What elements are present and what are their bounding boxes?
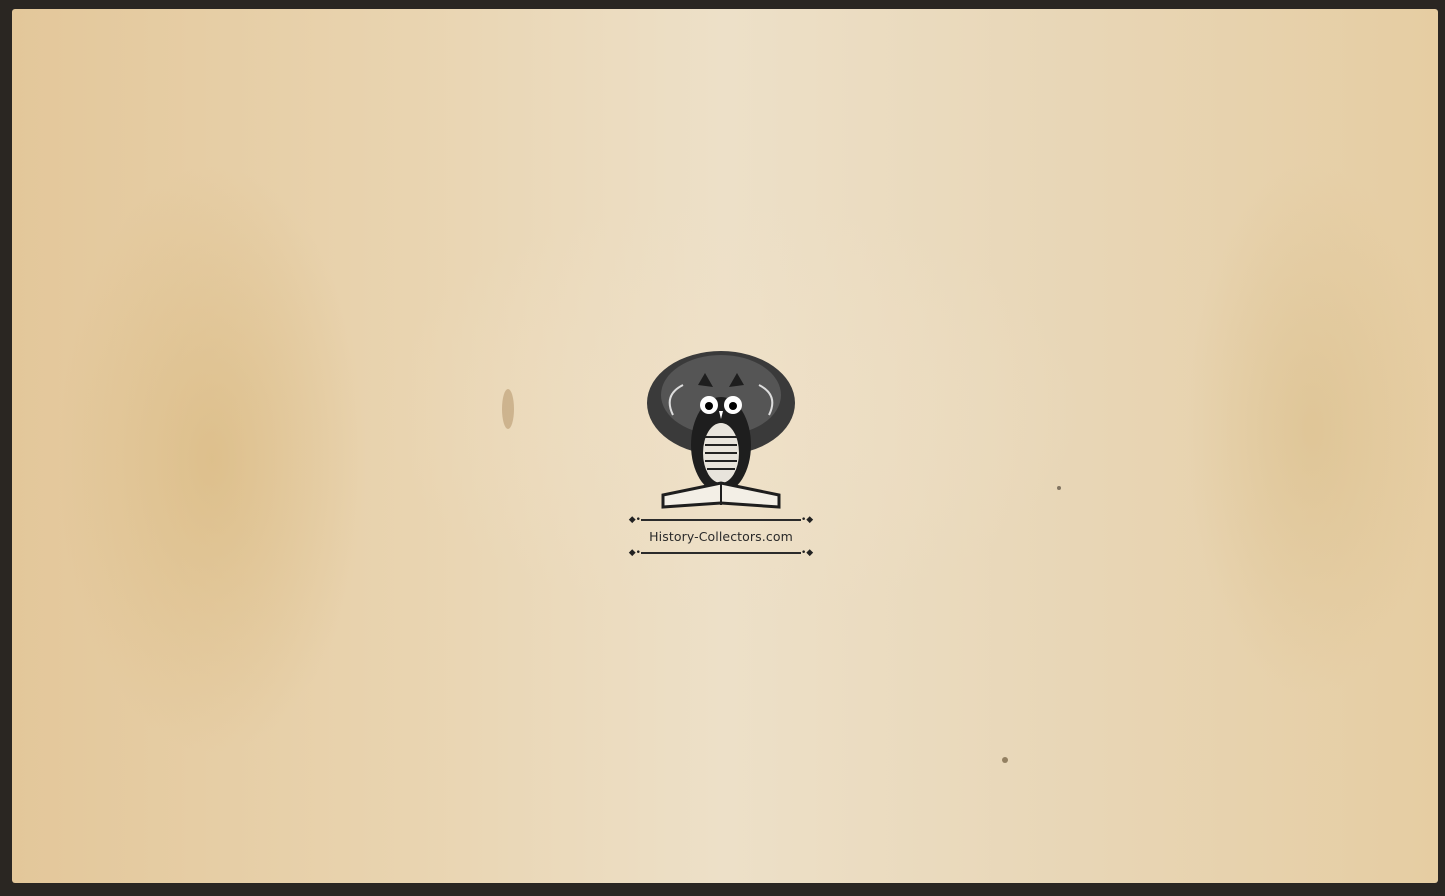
stain: [502, 389, 514, 429]
stain: [1057, 486, 1061, 490]
ornament-divider-top: ◆••◆: [628, 515, 814, 525]
ornament-divider-bottom: ◆••◆: [628, 548, 814, 558]
stain: [1002, 757, 1008, 763]
owl-on-book-tree-icon: [643, 345, 799, 513]
site-watermark-text: History-Collectors.com: [628, 529, 814, 544]
watermark-logo: ◆••◆ History-Collectors.com ◆••◆: [628, 345, 814, 560]
